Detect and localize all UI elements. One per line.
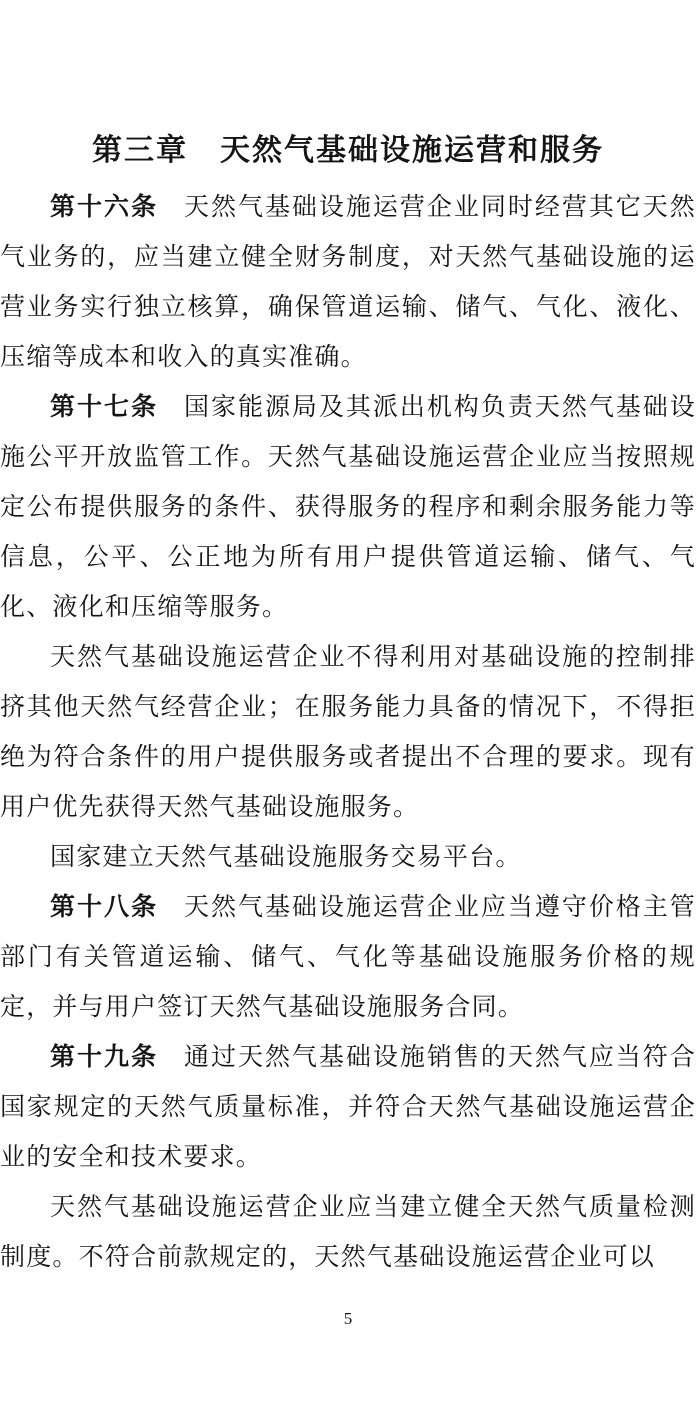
paragraph-article-18: 第十八条天然气基础设施运营企业应当遵守价格主管部门有关管道运输、储气、气化等基础…: [0, 883, 696, 1033]
paragraph-article-17-clause-2: 天然气基础设施运营企业不得利用对基础设施的控制排挤其他天然气经营企业；在服务能力…: [0, 633, 696, 833]
paragraph-article-17: 第十七条国家能源局及其派出机构负责天然气基础设施公平开放监管工作。天然气基础设施…: [0, 383, 696, 633]
document-page: 第三章 天然气基础设施运营和服务 第十六条天然气基础设施运营企业同时经营其它天然…: [0, 0, 696, 1415]
paragraph-article-19-clause-2: 天然气基础设施运营企业应当建立健全天然气质量检测制度。不符合前款规定的，天然气基…: [0, 1183, 696, 1283]
article-17-text: 国家能源局及其派出机构负责天然气基础设施公平开放监管工作。天然气基础设施运营企业…: [0, 394, 696, 621]
article-18-label: 第十八条: [50, 894, 158, 921]
page-number: 5: [0, 1309, 696, 1329]
paragraph-article-16: 第十六条天然气基础设施运营企业同时经营其它天然气业务的，应当建立健全财务制度，对…: [0, 183, 696, 383]
article-17-clause-2-text: 天然气基础设施运营企业不得利用对基础设施的控制排挤其他天然气经营企业；在服务能力…: [0, 644, 696, 821]
article-17-clause-3-text: 国家建立天然气基础设施服务交易平台。: [50, 844, 522, 871]
paragraph-article-19: 第十九条通过天然气基础设施销售的天然气应当符合国家规定的天然气质量标准，并符合天…: [0, 1033, 696, 1183]
article-16-label: 第十六条: [50, 194, 158, 221]
paragraph-article-17-clause-3: 国家建立天然气基础设施服务交易平台。: [0, 833, 696, 883]
article-19-clause-2-text: 天然气基础设施运营企业应当建立健全天然气质量检测制度。不符合前款规定的，天然气基…: [0, 1194, 696, 1271]
article-17-label: 第十七条: [50, 394, 158, 421]
chapter-title: 第三章 天然气基础设施运营和服务: [0, 124, 696, 178]
article-19-label: 第十九条: [50, 1044, 158, 1071]
